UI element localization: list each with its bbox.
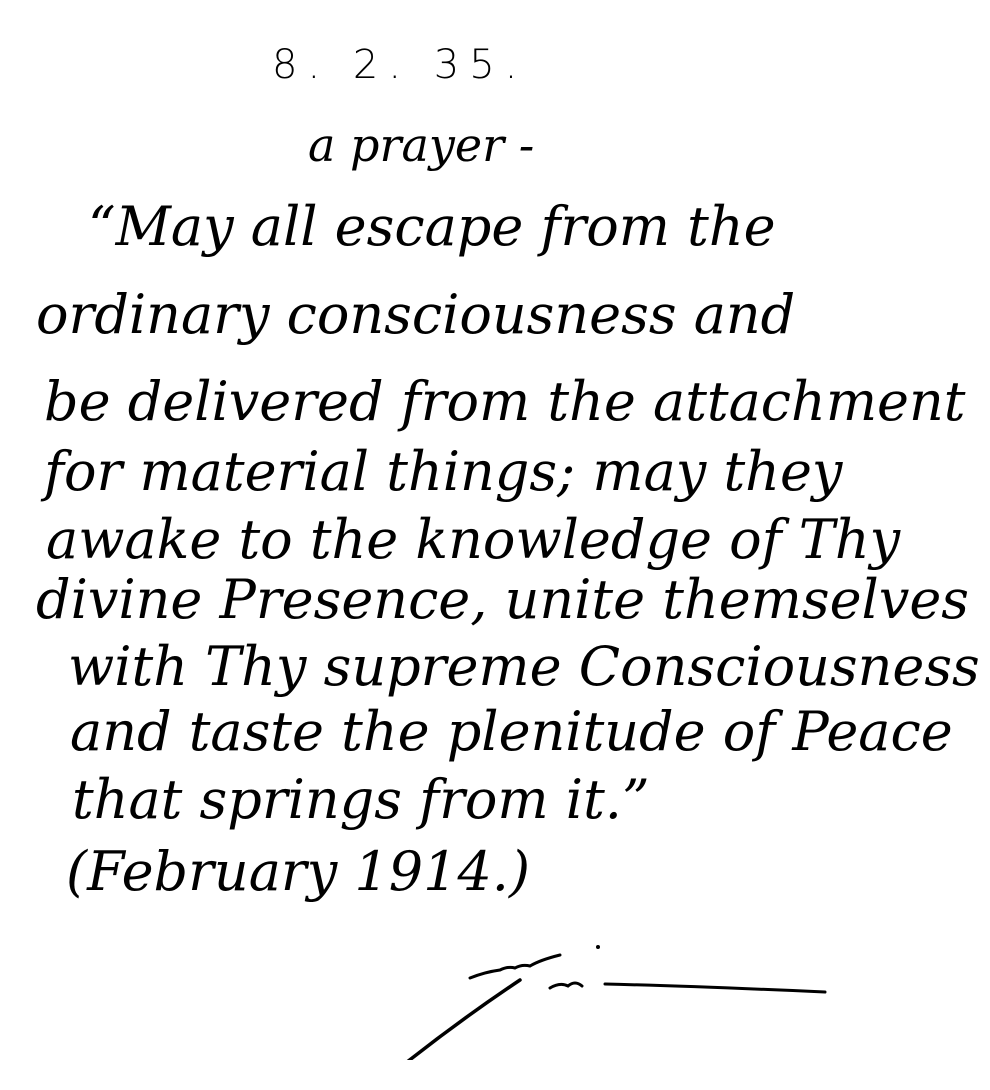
date-note: (February 1914.)	[66, 840, 530, 903]
body-line: “May all escape from the	[88, 195, 776, 258]
body-line: be delivered from the attachment	[44, 370, 965, 433]
handwritten-page: 8. 2. 35. a prayer - “May all escape fro…	[0, 0, 990, 1090]
signature-mark	[390, 920, 830, 1060]
prayer-title: a prayer -	[308, 118, 534, 172]
body-line: and taste the plenitude of Peace	[70, 700, 953, 763]
body-line: for material things; may they	[44, 440, 842, 503]
body-line: divine Presence, unite themselves	[36, 568, 969, 631]
body-line: with Thy supreme Consciousness	[68, 635, 980, 698]
body-line: awake to the knowledge of Thy	[46, 508, 900, 571]
body-line: that springs from it.”	[72, 768, 650, 831]
date-heading: 8. 2. 35.	[272, 42, 527, 88]
body-line: ordinary consciousness and	[36, 283, 795, 346]
